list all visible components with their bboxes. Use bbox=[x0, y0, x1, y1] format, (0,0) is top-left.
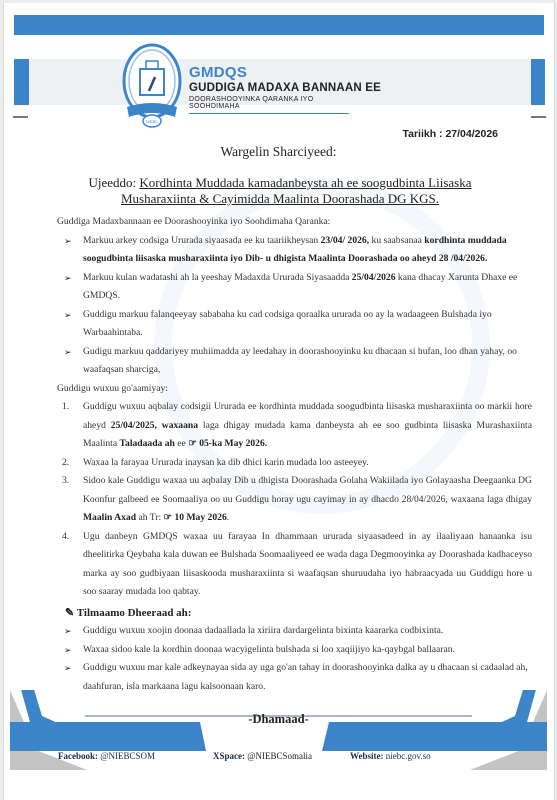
document-subject: Ujeeddo: Kordhinta Muddada kamadanbeysta… bbox=[70, 175, 490, 207]
facebook-handle-link[interactable]: @NIEBCSOM bbox=[100, 751, 155, 761]
decision-item: 2.Waxaa la farayaa Ururada inaysan ka di… bbox=[57, 454, 532, 473]
whereas-list: ➢Markuu arkey codsiga Ururada siyaasada … bbox=[57, 232, 532, 380]
org-abbreviation: GMDQS bbox=[189, 64, 381, 81]
additional-item: ➢Waxaa sidoo kale la kordhin doonaa wacy… bbox=[57, 641, 532, 660]
divider-right bbox=[531, 116, 546, 118]
decision-intro: Guddigu wuxuu go'aamiyay: bbox=[57, 380, 532, 399]
subject-text: Kordhinta Muddada kamadanbeysta ah ee so… bbox=[121, 175, 472, 206]
arrow-bullet-icon: ➢ bbox=[64, 306, 72, 325]
whereas-item: ➢Markuu kulan wadatashi ah la yeeshay Ma… bbox=[57, 269, 532, 306]
svg-text:NIEBC: NIEBC bbox=[146, 119, 158, 124]
footer-website: Website: niebc.gov.so bbox=[350, 751, 431, 761]
header-side-block-left bbox=[14, 59, 29, 105]
decision-item: 3.Sidoo kale Guddigu waxaa uu aqbalay Di… bbox=[57, 472, 532, 528]
org-brand: GMDQS GUDDIGA MADAXA BANNAAN EE DOORASHO… bbox=[189, 64, 381, 114]
decision-item: 4.Ugu danbeyn GMDQS waxaa uu farayaa In … bbox=[57, 528, 532, 602]
arrow-bullet-icon: ➢ bbox=[64, 659, 72, 678]
additional-item: ➢Guddigu wuxuu xoojin doonaa dadaallada … bbox=[57, 622, 532, 641]
arrow-bullet-icon: ➢ bbox=[64, 622, 72, 641]
closing-text: -Dhamaad- bbox=[0, 712, 557, 727]
arrow-bullet-icon: ➢ bbox=[64, 641, 72, 660]
whereas-item: ➢Guddigu markuu falanqeeyay sababaha ku … bbox=[57, 306, 532, 343]
whereas-item: ➢Gudigu markuu qaddariyey muhiimadda ay … bbox=[57, 343, 532, 380]
org-name: GUDDIGA MADAXA BANNAAN EE bbox=[189, 82, 381, 94]
salutation: Guddiga Madaxbannaan ee Doorashooyinka i… bbox=[57, 213, 532, 232]
additional-list: ➢Guddigu wuxuu xoojin doonaa dadaallada … bbox=[57, 622, 532, 696]
additional-notes-title: ✎ Tilmaamo Dheeraad ah: bbox=[57, 604, 532, 623]
decision-list: 1.Guddigu wuxuu aqbalay codsigii Ururada… bbox=[57, 398, 532, 602]
document-title: Wargelin Sharciyeed: bbox=[0, 144, 557, 160]
document-date: Tariikh : 27/04/2026 bbox=[402, 128, 498, 140]
xspace-handle-link[interactable]: @NIEBCSomalia bbox=[247, 751, 312, 761]
document-body: Guddiga Madaxbannaan ee Doorashooyinka i… bbox=[57, 213, 532, 696]
niebc-logo-icon: NIEBC bbox=[121, 41, 183, 129]
divider-left bbox=[13, 116, 28, 118]
arrow-bullet-icon: ➢ bbox=[64, 232, 72, 251]
website-link[interactable]: niebc.gov.so bbox=[386, 751, 431, 761]
org-subtitle: DOORASHOOYINKA QARANKA IYO SOOHDIMAHA bbox=[189, 96, 349, 114]
pin-icon: ✎ bbox=[65, 607, 74, 619]
top-banner-bar bbox=[14, 15, 544, 35]
subject-prefix: Ujeeddo: bbox=[88, 175, 136, 190]
footer-xspace: XSpace: @NIEBCSomalia bbox=[213, 751, 312, 761]
arrow-bullet-icon: ➢ bbox=[64, 343, 72, 362]
footer-facebook: Facebook: @NIEBCSOM bbox=[58, 751, 155, 761]
whereas-item: ➢Markuu arkey codsiga Ururada siyaasada … bbox=[57, 232, 532, 269]
decision-item: 1.Guddigu wuxuu aqbalay codsigii Ururada… bbox=[57, 398, 532, 454]
arrow-bullet-icon: ➢ bbox=[64, 269, 72, 288]
header-side-block-right bbox=[531, 59, 545, 105]
